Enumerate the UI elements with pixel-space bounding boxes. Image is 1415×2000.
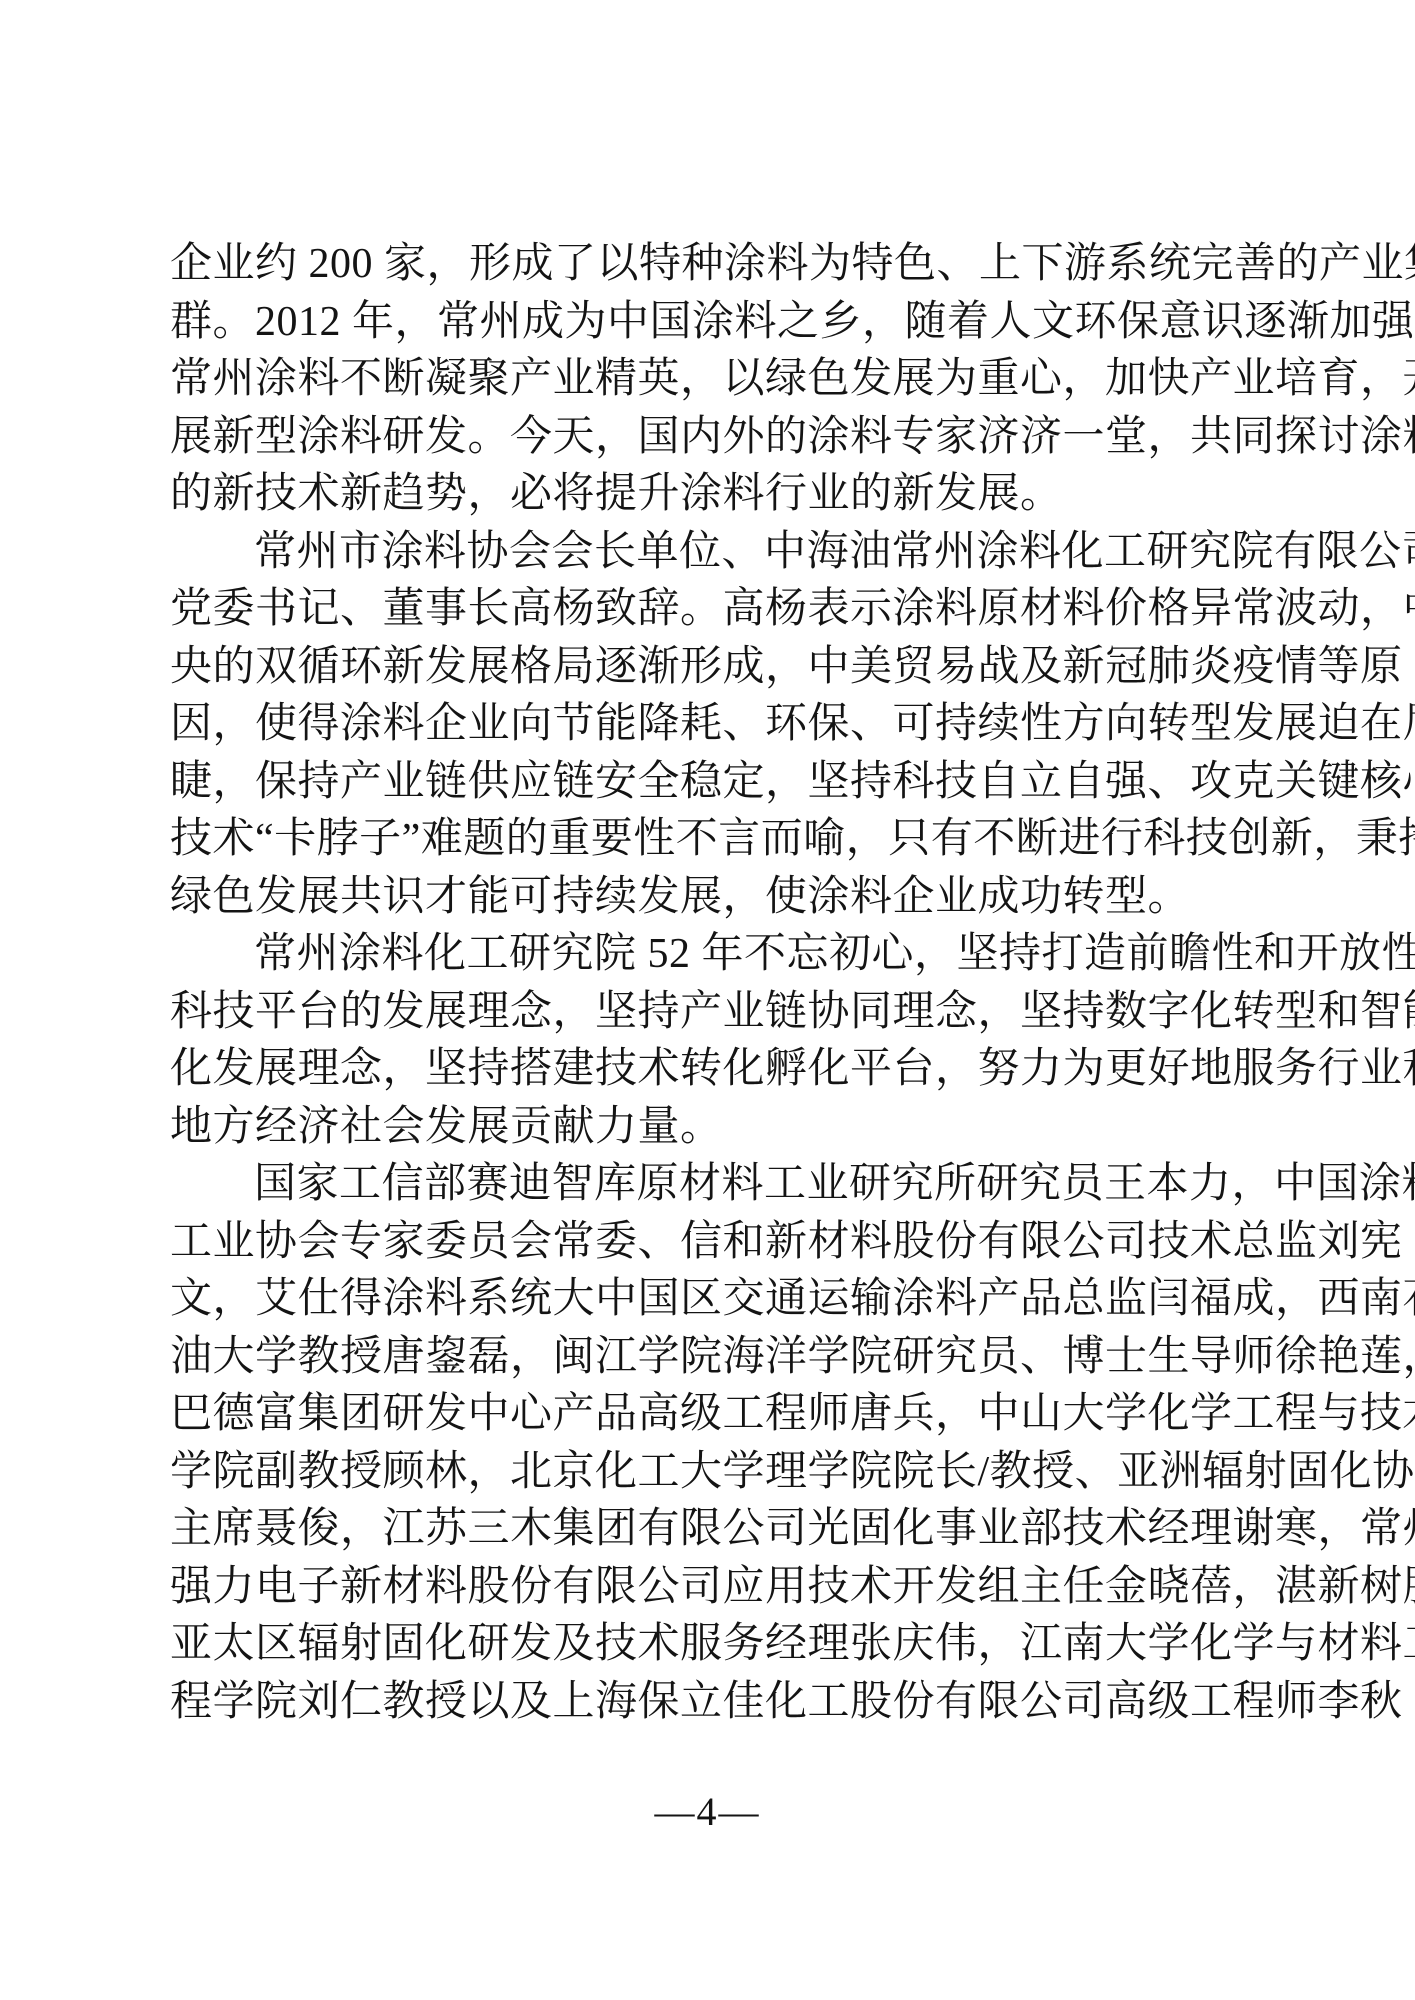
text-line: 群。2012 年，常州成为中国涂料之乡，随着人文环保意识逐渐加强， bbox=[170, 294, 1249, 352]
text-line: 常州涂料化工研究院 52 年不忘初心，坚持打造前瞻性和开放性 bbox=[170, 926, 1249, 984]
text-line: 企业约 200 家，形成了以特种涂料为特色、上下游系统完善的产业集 bbox=[170, 236, 1249, 294]
document-body: 企业约 200 家，形成了以特种涂料为特色、上下游系统完善的产业集 群。2012… bbox=[170, 236, 1249, 1731]
text-line: 亚太区辐射固化研发及技术服务经理张庆伟，江南大学化学与材料工 bbox=[170, 1616, 1249, 1674]
text-line: 国家工信部赛迪智库原材料工业研究所研究员王本力，中国涂料 bbox=[170, 1156, 1249, 1214]
text-line: 因，使得涂料企业向节能降耗、环保、可持续性方向转型发展迫在眉 bbox=[170, 696, 1249, 754]
text-line: 睫，保持产业链供应链安全稳定，坚持科技自立自强、攻克关键核心 bbox=[170, 754, 1249, 812]
text-line: 常州涂料不断凝聚产业精英，以绿色发展为重心，加快产业培育，开 bbox=[170, 351, 1249, 409]
page-number: —4— bbox=[655, 1789, 761, 1834]
text-line: 巴德富集团研发中心产品高级工程师唐兵，中山大学化学工程与技术 bbox=[170, 1386, 1249, 1444]
text-line: 绿色发展共识才能可持续发展，使涂料企业成功转型。 bbox=[170, 869, 1249, 927]
text-line: 展新型涂料研发。今天，国内外的涂料专家济济一堂，共同探讨涂料 bbox=[170, 409, 1249, 467]
page-footer: —4— bbox=[0, 1788, 1415, 1835]
text-line: 学院副教授顾林，北京化工大学理学院院长/教授、亚洲辐射固化协会 bbox=[170, 1444, 1249, 1502]
text-line: 工业协会专家委员会常委、信和新材料股份有限公司技术总监刘宪 bbox=[170, 1214, 1249, 1272]
text-line: 地方经济社会发展贡献力量。 bbox=[170, 1099, 1249, 1157]
text-line: 化发展理念，坚持搭建技术转化孵化平台，努力为更好地服务行业和 bbox=[170, 1041, 1249, 1099]
text-line: 文，艾仕得涂料系统大中国区交通运输涂料产品总监闫福成，西南石 bbox=[170, 1271, 1249, 1329]
text-line: 的新技术新趋势，必将提升涂料行业的新发展。 bbox=[170, 466, 1249, 524]
text-line: 央的双循环新发展格局逐渐形成，中美贸易战及新冠肺炎疫情等原 bbox=[170, 639, 1249, 697]
text-line: 技术“卡脖子”难题的重要性不言而喻，只有不断进行科技创新，秉持 bbox=[170, 811, 1249, 869]
text-line: 科技平台的发展理念，坚持产业链协同理念，坚持数字化转型和智能 bbox=[170, 984, 1249, 1042]
text-line: 主席聂俊，江苏三木集团有限公司光固化事业部技术经理谢寒，常州 bbox=[170, 1501, 1249, 1559]
text-line: 常州市涂料协会会长单位、中海油常州涂料化工研究院有限公司 bbox=[170, 524, 1249, 582]
document-page: 企业约 200 家，形成了以特种涂料为特色、上下游系统完善的产业集 群。2012… bbox=[0, 0, 1415, 2000]
text-line: 程学院刘仁教授以及上海保立佳化工股份有限公司高级工程师李秋 bbox=[170, 1674, 1249, 1732]
text-line: 强力电子新材料股份有限公司应用技术开发组主任金晓蓓，湛新树脂 bbox=[170, 1559, 1249, 1617]
text-line: 党委书记、董事长高杨致辞。高杨表示涂料原材料价格异常波动，中 bbox=[170, 581, 1249, 639]
text-line: 油大学教授唐鋆磊，闽江学院海洋学院研究员、博士生导师徐艳莲， bbox=[170, 1329, 1249, 1387]
